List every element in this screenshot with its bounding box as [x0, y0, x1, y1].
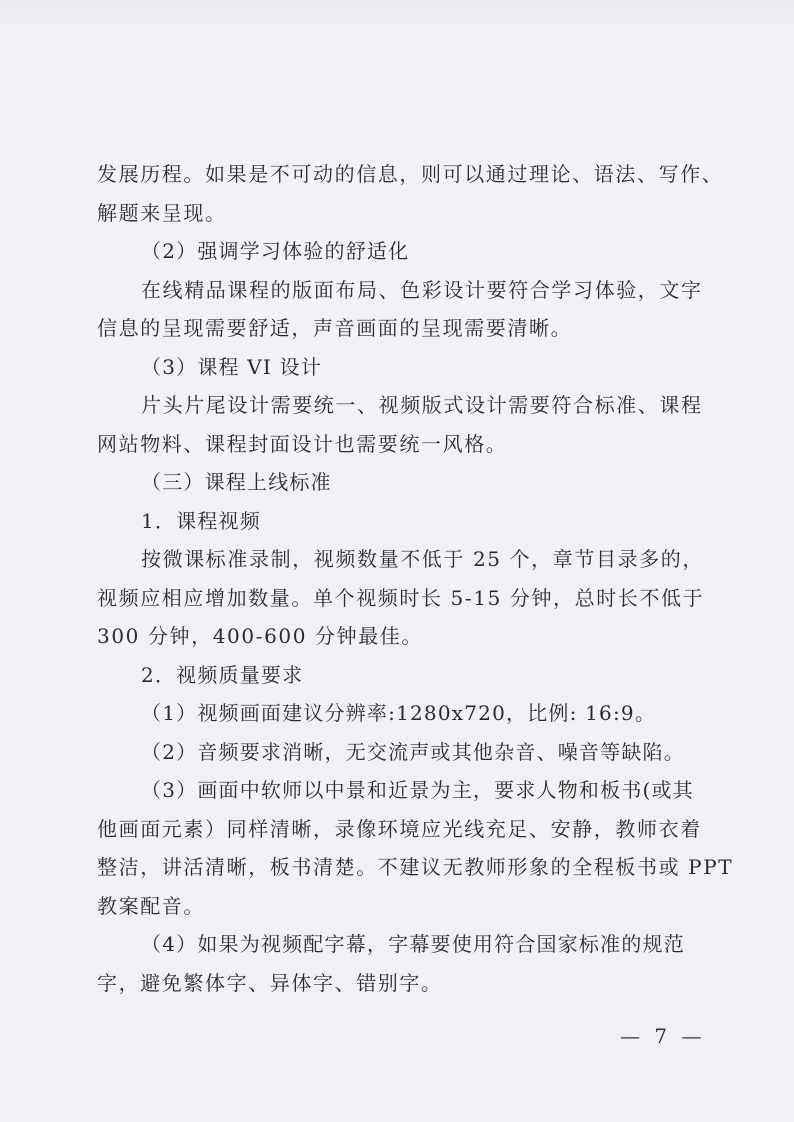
paragraph-line: 视频应相应增加数量。单个视频时长 5-15 分钟，总时长不低于	[97, 579, 702, 618]
paragraph-line: 教案配音。	[97, 887, 702, 926]
paragraph-line: 网站物料、课程封面设计也需要统一风格。	[97, 425, 702, 464]
paragraph-line: 解题来呈现。	[97, 194, 702, 233]
paragraph-line: 他画面元素）同样清晰，录像环境应光线充足、安静，教师衣着	[97, 810, 702, 849]
section-heading-launch-standards: （三）课程上线标准	[97, 463, 702, 502]
subheading-video-quality: 2．视频质量要求	[97, 656, 702, 695]
list-item-resolution: （1）视频画面建议分辨率:1280x720，比例: 16:9。	[97, 694, 702, 733]
paragraph-line: 字，避免繁体字、异体字、错别字。	[97, 964, 702, 1003]
paragraph-line: 整洁，讲活清晰，板书清楚。不建议无教师形象的全程板书或 PPT	[97, 848, 702, 887]
document-body: 发展历程。如果是不可动的信息，则可以通过理论、语法、写作、 解题来呈现。 （2）…	[97, 155, 702, 1002]
paragraph-line: 信息的呈现需要舒适，声音画面的呈现需要清晰。	[97, 309, 702, 348]
document-page: 发展历程。如果是不可动的信息，则可以通过理论、语法、写作、 解题来呈现。 （2）…	[0, 0, 794, 1122]
list-item-audio: （2）音频要求消晰，无交流声或其他杂音、噪音等缺陷。	[97, 733, 702, 772]
paragraph-line: 片头片尾设计需要统一、视频版式设计需要符合标准、课程	[97, 386, 702, 425]
paragraph-line: 按微课标准录制，视频数量不低于 25 个，章节目录多的，	[97, 540, 702, 579]
list-item-framing: （3）画面中软师以中景和近景为主，要求人物和板书(或其	[97, 771, 702, 810]
paragraph-line: 发展历程。如果是不可动的信息，则可以通过理论、语法、写作、	[97, 155, 702, 194]
subheading-course-video: 1．课程视频	[97, 502, 702, 541]
subheading-vi-design: （3）课程 VI 设计	[97, 348, 702, 387]
paragraph-line: 在线精品课程的版面布局、色彩设计要符合学习体验，文字	[97, 271, 702, 310]
paragraph-line: 300 分钟，400-600 分钟最佳。	[97, 617, 702, 656]
list-item-subtitles: （4）如果为视频配字幕，字幕要使用符合国家标准的规范	[97, 925, 702, 964]
subheading-comfort: （2）强调学习体验的舒适化	[97, 232, 702, 271]
page-number: — 7 —	[620, 1024, 705, 1048]
